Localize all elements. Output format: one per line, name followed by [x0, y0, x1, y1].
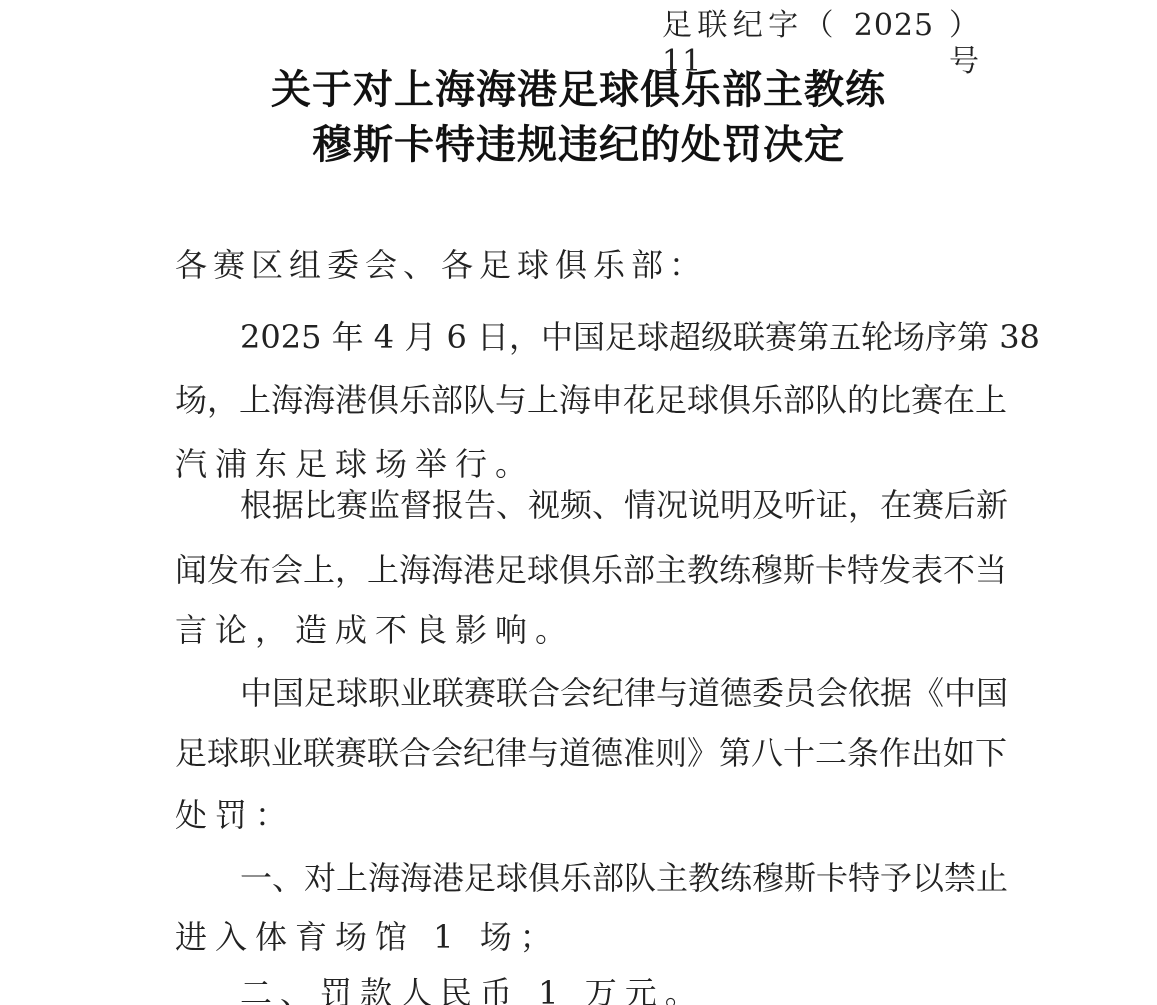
paragraph-3-line-1: 中国足球职业联赛联合会纪律与道德委员会依据《中国	[240, 673, 980, 713]
paragraph-2-line-1: 根据比赛监督报告、视频、情况说明及听证，在赛后新	[240, 485, 980, 525]
salutation: 各赛区组委会、各足球俱乐部：	[175, 245, 980, 285]
paragraph-2-line-3: 言论，造成不良影响。	[175, 610, 980, 650]
paragraph-1-line-3: 汽浦东足球场举行。	[175, 444, 980, 484]
penalty-item-2-line-1: 二、罚款人民币 1 万元。	[240, 973, 980, 1005]
penalty-item-1-line-1: 一、对上海海港足球俱乐部队主教练穆斯卡特予以禁止	[240, 858, 980, 898]
paragraph-3-line-2: 足球职业联赛联合会纪律与道德准则》第八十二条作出如下	[175, 733, 980, 773]
paragraph-1-line-2: 场，上海海港俱乐部队与上海申花足球俱乐部队的比赛在上	[175, 380, 980, 420]
paragraph-3-line-3: 处罚：	[175, 795, 980, 835]
penalty-item-1-line-2: 进入体育场馆 1 场；	[175, 917, 980, 957]
paragraph-2-line-2: 闻发布会上，上海海港足球俱乐部主教练穆斯卡特发表不当	[175, 550, 980, 590]
document-title-line-2: 穆斯卡特违规违纪的处罚决定	[0, 119, 1157, 171]
document-title-line-1: 关于对上海海港足球俱乐部主教练	[0, 64, 1157, 116]
paragraph-1-line-1: 2025 年 4 月 6 日，中国足球超级联赛第五轮场序第 38	[240, 317, 980, 357]
